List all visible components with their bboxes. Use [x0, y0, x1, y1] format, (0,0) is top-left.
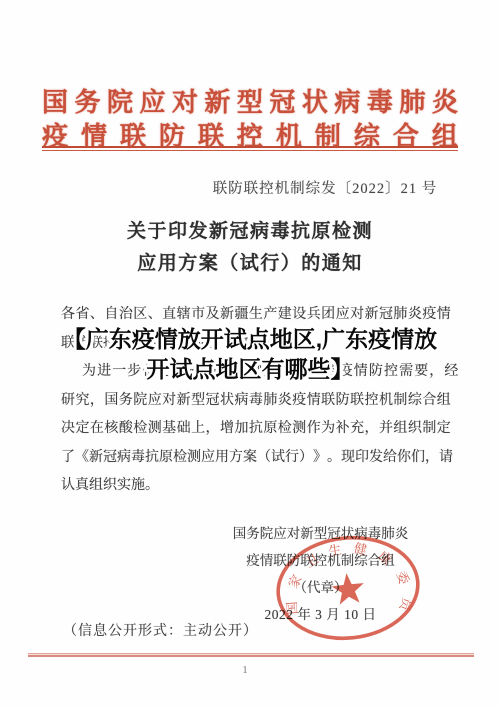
- letterhead-double-rule: [42, 146, 458, 151]
- footer-pink-rule: [28, 653, 474, 657]
- caption-line-2-text: 开试点地区有哪些】: [0, 354, 500, 384]
- letterhead-line-1: 国务院应对新型冠状病毒肺炎: [42, 82, 458, 114]
- body-line: 研究，国务院应对新型冠状病毒肺炎疫情联防联控机制综合组: [61, 387, 451, 416]
- seal-star-icon: [330, 571, 365, 605]
- document-title-line-1: 关于印发新冠病毒抗原检测: [0, 216, 500, 248]
- page-number: 1: [238, 665, 252, 676]
- news-caption-overlay: 【广东疫情放开试点地区,广东疫情放 【广东疫情放开试点地区,广东疫情放 开试点地…: [0, 324, 500, 384]
- letterhead-line-2: 疫情联防联控机制综合组: [42, 116, 458, 148]
- body-line: 决定在核酸检测基础上，增加抗原检测作为补充，并组织制定: [61, 415, 451, 444]
- official-seal-icon: 国家卫生健康委员会: [273, 534, 423, 642]
- caption-line-1-text: 【广东疫情放开试点地区,广东疫情放: [0, 324, 500, 354]
- body-line: 认真组织实施。: [61, 472, 451, 501]
- scanned-official-document: 国务院应对新型冠状病毒肺炎 疫情联防联控机制综合组 联防联控机制综发〔2022〕…: [0, 0, 500, 706]
- caption-line-2: 开试点地区有哪些】 开试点地区有哪些】: [0, 354, 500, 384]
- body-line: 了《新冠病毒抗原检测应用方案（试行）》。现印发给你们，请: [61, 444, 451, 473]
- caption-line-1: 【广东疫情放开试点地区,广东疫情放 【广东疫情放开试点地区,广东疫情放: [0, 324, 500, 354]
- document-number: 联防联控机制综发〔2022〕21 号: [150, 177, 500, 198]
- document-title-line-2: 应用方案（试行）的通知: [0, 248, 500, 280]
- document-title: 关于印发新冠病毒抗原检测 应用方案（试行）的通知: [0, 216, 500, 280]
